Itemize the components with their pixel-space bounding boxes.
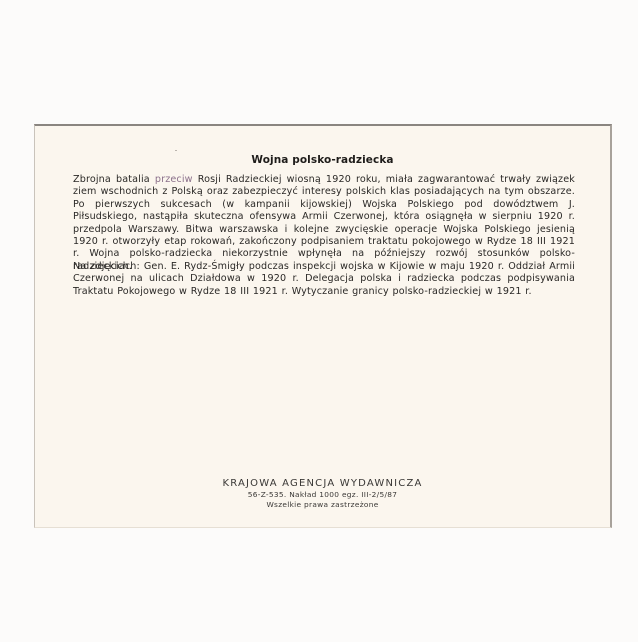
paper-speck [175, 150, 177, 151]
highlighted-word: przeciw [155, 174, 193, 185]
card-title: Wojna polsko-radziecka [35, 154, 610, 166]
publisher-block: KRAJOWA AGENCJA WYDAWNICZA 56-Z-535. Nak… [35, 477, 610, 510]
description-paragraph: Zbrojna batalia przeciw Rosji Radzieckie… [73, 174, 575, 273]
description-text-rest: Rosji Radzieckiej wiosną 1920 roku, miał… [73, 174, 575, 272]
description-text-start: Zbrojna batalia [73, 174, 155, 185]
postcard-back: Wojna polsko-radziecka Zbrojna batalia p… [34, 124, 612, 528]
rights-notice: Wszelkie prawa zastrzeżone [35, 500, 610, 510]
photo-captions-paragraph: Na zdjęciach: Gen. E. Rydz-Śmigły podcza… [73, 261, 575, 298]
publisher-name: KRAJOWA AGENCJA WYDAWNICZA [35, 477, 610, 490]
print-info: 56-Z-535. Nakład 1000 egz. III-2/5/87 [35, 490, 610, 500]
